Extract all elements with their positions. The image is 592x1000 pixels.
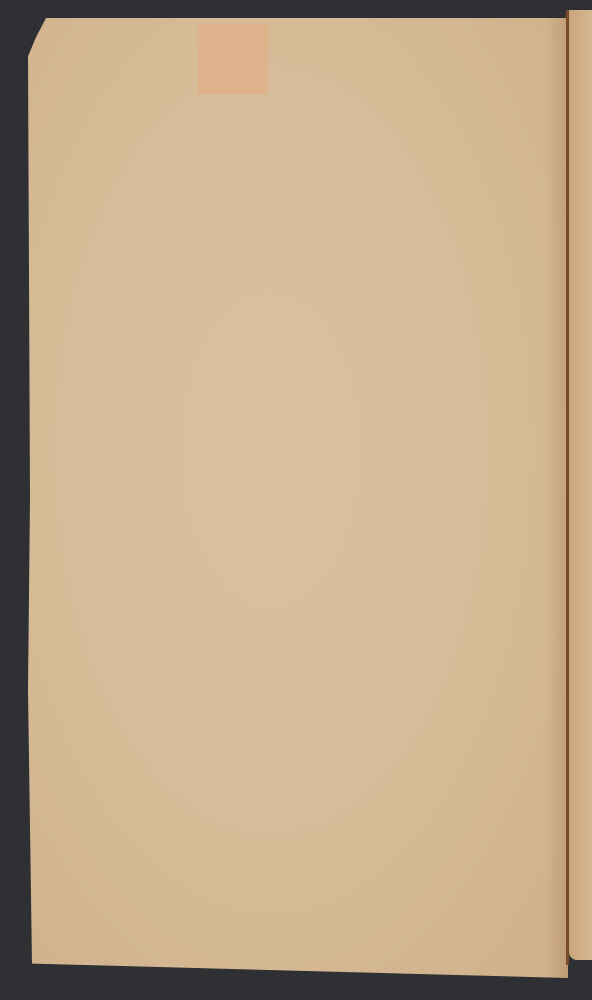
page-edge-shadow [546, 18, 568, 978]
facing-page-edge [569, 10, 592, 960]
blank-book-page [28, 18, 568, 978]
tape-mark [198, 24, 268, 94]
